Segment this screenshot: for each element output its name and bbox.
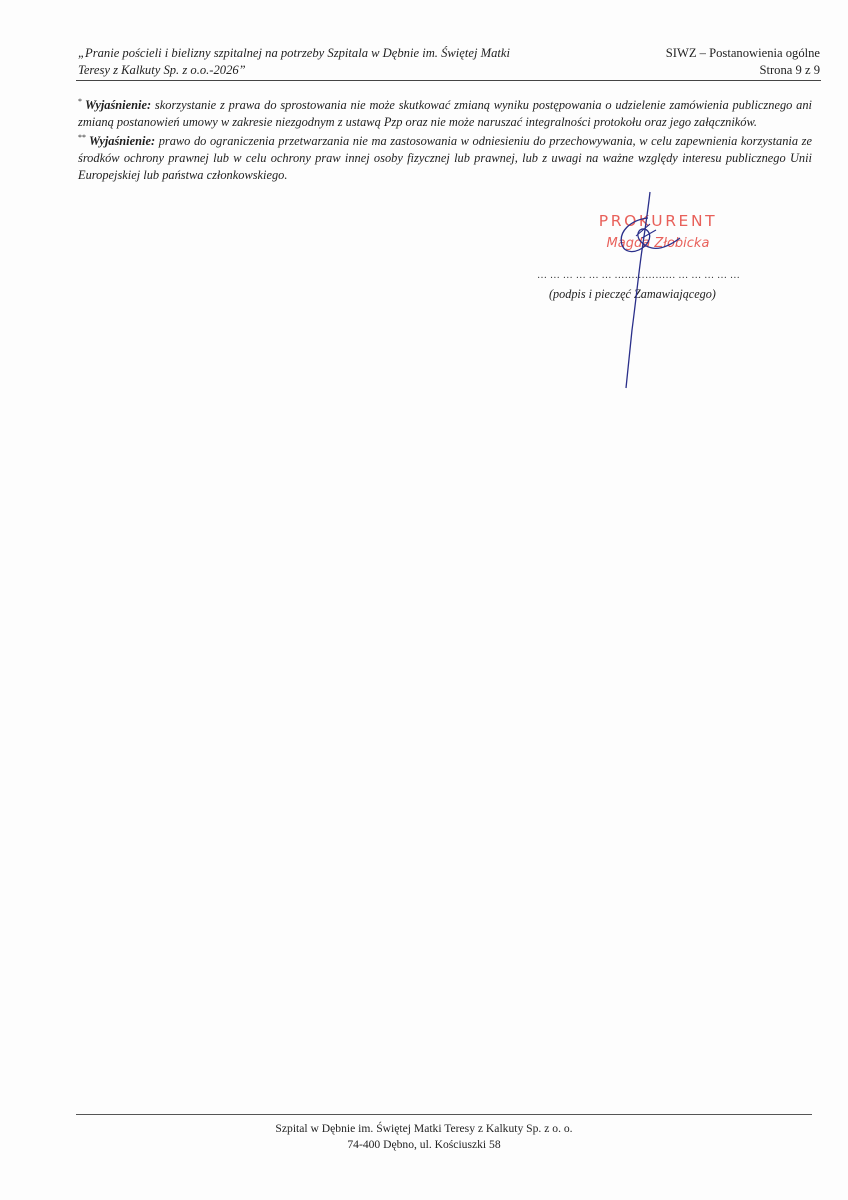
footnote-lead: Wyjaśnienie: — [89, 134, 155, 148]
header-divider — [76, 80, 821, 81]
page-number: Strona 9 z 9 — [666, 62, 820, 79]
stamp-title: PROKURENT — [546, 212, 770, 230]
footnotes: *Wyjaśnienie: skorzystanie z prawa do sp… — [78, 94, 812, 183]
section-name: SIWZ – Postanowienia ogólne — [666, 45, 820, 62]
footnote-marker: * — [78, 97, 82, 106]
footnote-text: prawo do ograniczenia przetwarzania nie … — [78, 134, 812, 181]
signature-caption: (podpis i pieczęć Zamawiającego) — [549, 287, 716, 302]
stamp-name: Magda Złobicka — [546, 235, 770, 253]
document-title-line-1: „Pranie pościeli i bielizny szpitalnej n… — [78, 45, 598, 62]
footnote-1: *Wyjaśnienie: skorzystanie z prawa do sp… — [78, 94, 812, 130]
document-page: „Pranie pościeli i bielizny szpitalnej n… — [0, 0, 848, 1200]
footer-divider — [76, 1114, 812, 1115]
footnote-marker: ** — [78, 133, 86, 142]
page-footer: Szpital w Dębnie im. Świętej Matki Teres… — [0, 1121, 848, 1152]
document-title: „Pranie pościeli i bielizny szpitalnej n… — [78, 45, 598, 79]
footer-address: 74-400 Dębno, ul. Kościuszki 58 — [0, 1137, 848, 1153]
header-meta: SIWZ – Postanowienia ogólne Strona 9 z 9 — [666, 45, 820, 79]
footnote-lead: Wyjaśnienie: — [85, 98, 151, 112]
signature-line: … … … … … … ……………… … … … … … — [537, 270, 767, 281]
footnote-text: skorzystanie z prawa do sprostowania nie… — [78, 98, 812, 129]
footer-company: Szpital w Dębnie im. Świętej Matki Teres… — [0, 1121, 848, 1137]
document-title-line-2: Teresy z Kalkuty Sp. z o.o.-2026” — [78, 62, 598, 79]
footnote-2: **Wyjaśnienie: prawo do ograniczenia prz… — [78, 130, 812, 183]
company-stamp: PROKURENT Magda Złobicka — [540, 212, 770, 253]
